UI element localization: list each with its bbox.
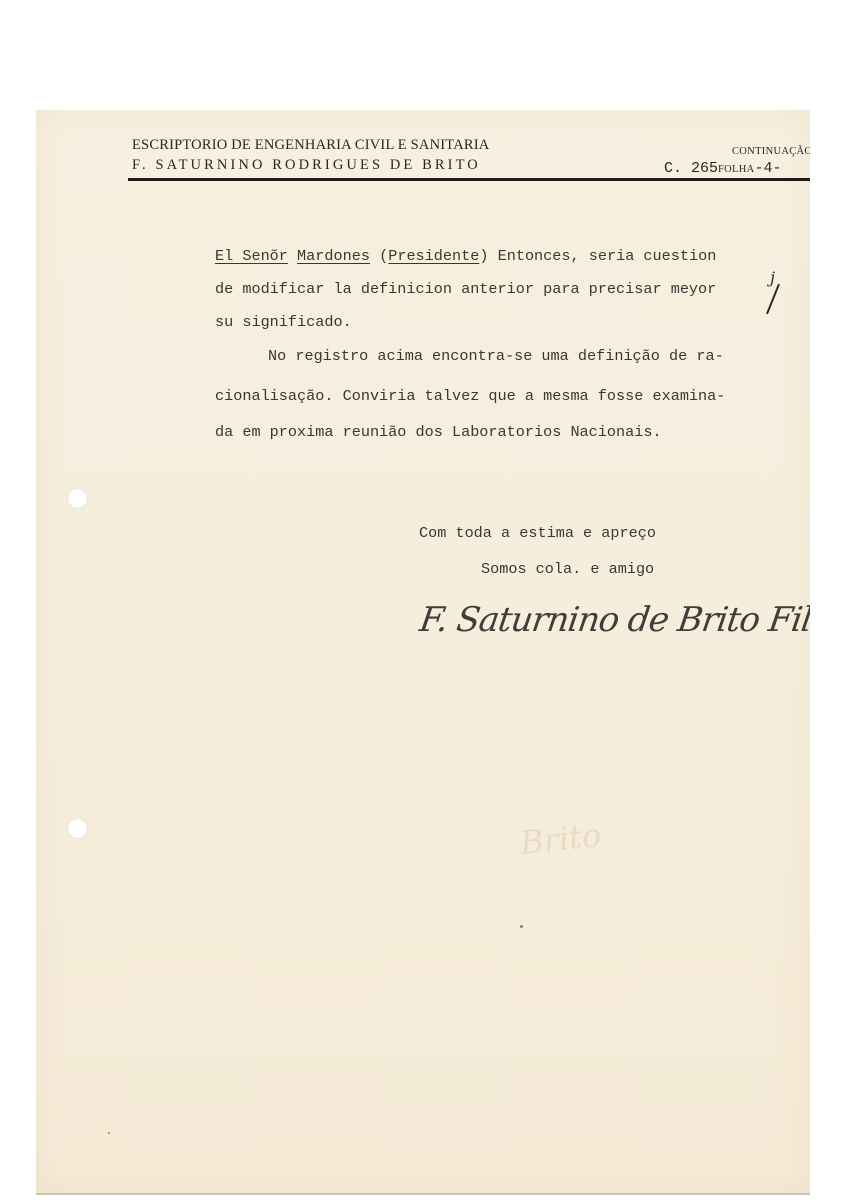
paren-open: ( xyxy=(379,247,388,265)
paragraph2-line1: No registro acima encontra-se uma defini… xyxy=(268,349,724,364)
letterhead-rule xyxy=(128,178,810,181)
paragraph1-line2: de modificar la definicion anterior para… xyxy=(215,282,716,297)
letterhead-company: ESCRIPTORIO DE ENGENHARIA CIVIL E SANITA… xyxy=(132,137,489,154)
sheet-number: -4- xyxy=(755,160,782,177)
document-page xyxy=(36,110,810,1193)
paragraph1-line1-rest: Entonces, seria cuestion xyxy=(488,247,716,265)
punch-hole-bottom xyxy=(67,818,88,839)
scan-margin-right xyxy=(810,0,848,1200)
letterhead-name: F. SATURNINO RODRIGUES DE BRITO xyxy=(132,157,481,174)
sheet-label: FOLHA xyxy=(718,164,755,175)
paper-speck xyxy=(520,925,523,928)
handwritten-correction: j xyxy=(770,268,775,287)
punch-hole-top xyxy=(67,488,88,509)
reference-code: C. 265 xyxy=(664,160,718,177)
closing-line2: Somos cola. e amigo xyxy=(481,562,654,577)
paragraph2-line3: da em proxima reunião dos Laboratorios N… xyxy=(215,425,662,440)
reference-line: C. 265FOLHA-4- xyxy=(664,160,782,177)
continuation-label: CONTINUAÇÃO xyxy=(732,146,812,157)
paper-speck xyxy=(108,1132,110,1134)
paragraph2-line2: cionalisação. Conviria talvez que a mesm… xyxy=(215,389,725,404)
signature: F. Saturnino de Brito Filho xyxy=(417,600,848,640)
speaker-name: Mardones xyxy=(297,247,370,265)
speaker-role: Presidente xyxy=(388,247,479,265)
paragraph1-line1: El Senõr Mardones (Presidente) Entonces,… xyxy=(215,249,716,264)
paragraph1-line3: su significado. xyxy=(215,315,352,330)
speaker-title: El Senõr xyxy=(215,247,288,265)
closing-line1: Com toda a estima e apreço xyxy=(419,526,656,541)
